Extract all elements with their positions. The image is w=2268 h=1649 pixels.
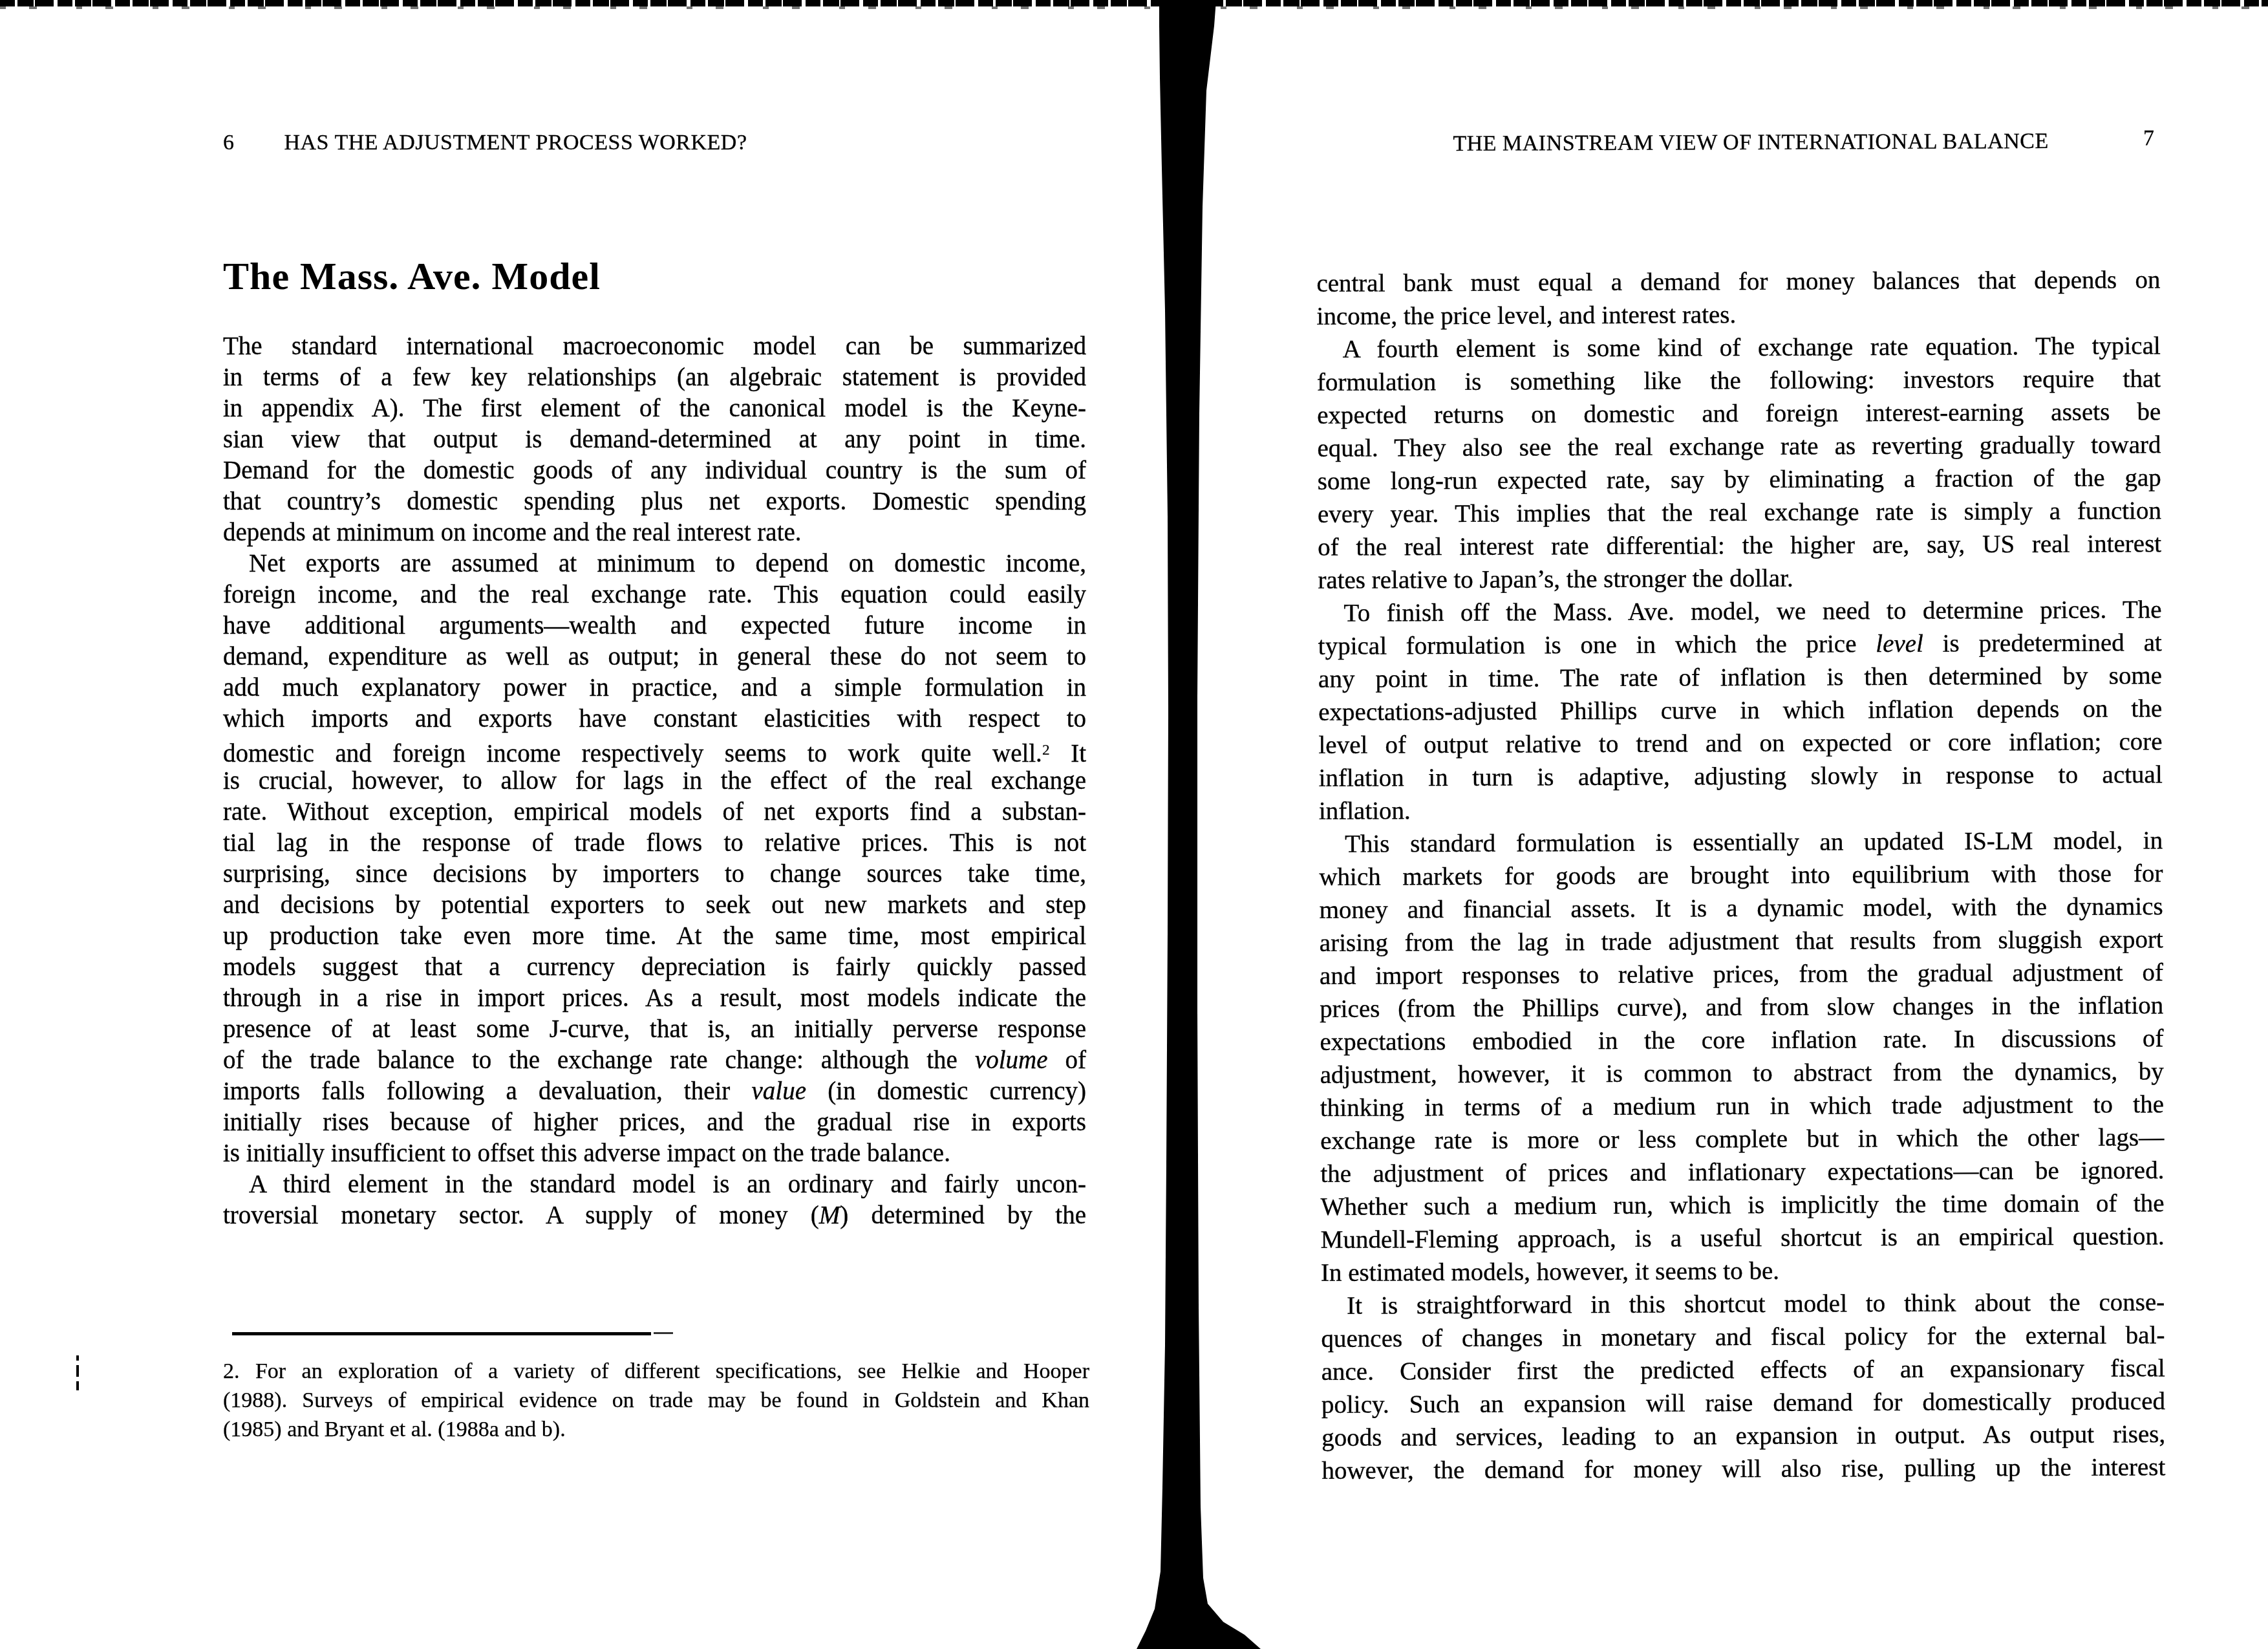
text-line: rates relative to Japan’s, the stronger … [1318, 560, 2161, 597]
text-run: exchange rate is more or less complete b… [1320, 1123, 2164, 1155]
page-number-right: 7 [2143, 126, 2155, 151]
text-run: arising from the lag in trade adjustment… [1320, 925, 2163, 957]
text-run: and decisions by potential exporters to … [223, 891, 1086, 919]
text-line: and import responses to relative prices,… [1320, 956, 2163, 993]
text-run: (in domestic currency) [806, 1077, 1086, 1105]
text-run: ) determined by the [840, 1202, 1086, 1229]
text-run: M [819, 1202, 840, 1229]
text-line: (1988). Surveys of empirical evidence on… [223, 1386, 1089, 1415]
text-line: rate. Without exception, empirical model… [223, 797, 1086, 828]
text-line: add much explanatory power in practice, … [223, 673, 1086, 704]
page-right-body: central bank must equal a demand for mon… [1316, 263, 2165, 1487]
text-run: of the real interest rate differential: … [1318, 530, 2161, 561]
text-line: the adjustment of prices and inflationar… [1320, 1154, 2164, 1191]
text-line: inflation. [1319, 791, 2163, 828]
text-line: adjustment, however, it is common to abs… [1320, 1055, 2164, 1092]
text-run: Mundell-Fleming approach, is a useful sh… [1321, 1222, 2165, 1254]
text-line: initially rises because of higher prices… [223, 1107, 1086, 1138]
text-run: in terms of a few key relationships (an … [223, 363, 1086, 391]
text-run: adjustment, however, it is common to abs… [1320, 1057, 2164, 1089]
text-run: This standard formulation is essentially… [1345, 826, 2163, 858]
text-run: income, the price level, and interest ra… [1316, 301, 1736, 330]
scan-margin-artifact [76, 1355, 79, 1390]
text-run: rate. Without exception, empirical model… [223, 798, 1086, 826]
text-run: through in a rise in import prices. As a… [223, 984, 1086, 1012]
text-run: expectations embodied in the core inflat… [1320, 1024, 2163, 1056]
text-line: troversial monetary sector. A supply of … [223, 1200, 1086, 1231]
text-line: (1985) and Bryant et al. (1988a and b). [223, 1415, 1089, 1444]
text-run: add much explanatory power in practice, … [223, 674, 1086, 702]
text-run: depends at minimum on income and the rea… [223, 519, 802, 546]
text-line: money and financial assets. It is a dyna… [1319, 890, 2163, 927]
text-line: expected returns on domestic and foreign… [1317, 395, 2161, 432]
text-run: The standard international macroeconomic… [223, 332, 1086, 360]
text-line: surprising, since decisions by importers… [223, 859, 1086, 890]
text-line: thinking in terms of a medium run in whi… [1320, 1088, 2164, 1125]
text-line: inflation in turn is adaptive, adjusting… [1319, 758, 2163, 795]
page-left: 6 HAS THE ADJUSTMENT PROCESS WORKED? The… [223, 0, 1086, 1649]
text-line: policy. Such an expansion will raise dem… [1321, 1385, 2165, 1421]
text-line: It is straightforward in this shortcut m… [1321, 1286, 2165, 1322]
text-run: up production take even more time. At th… [223, 922, 1086, 950]
text-run: formulation is something like the follow… [1317, 365, 2161, 396]
text-run: (1988). Surveys of empirical evidence on… [223, 1388, 1089, 1412]
text-line: depends at minimum on income and the rea… [223, 517, 1086, 548]
text-line: level of output relative to trend and on… [1318, 725, 2162, 762]
text-run: surprising, since decisions by importers… [223, 860, 1086, 888]
text-run: in appendix A). The first element of the… [223, 394, 1086, 422]
page-left-body: The standard international macroeconomic… [223, 331, 1086, 1231]
text-line: Demand for the domestic goods of any ind… [223, 455, 1086, 486]
text-line: and decisions by potential exporters to … [223, 890, 1086, 921]
text-run: thinking in terms of a medium run in whi… [1320, 1090, 2164, 1122]
running-head-left-text: HAS THE ADJUSTMENT PROCESS WORKED? [284, 131, 747, 155]
text-line: foreign income, and the real exchange ra… [223, 579, 1086, 610]
text-line: exchange rate is more or less complete b… [1320, 1121, 2164, 1158]
text-line: equal. They also see the real exchange r… [1317, 428, 2161, 465]
text-run: goods and services, leading to an expans… [1321, 1420, 2165, 1452]
text-line: imports falls following a devaluation, t… [223, 1076, 1086, 1107]
text-run: In estimated models, however, it seems t… [1321, 1257, 1779, 1287]
text-run: ance. Consider first the predicted effec… [1321, 1354, 2165, 1386]
text-line: typical formulation is one in which the … [1318, 626, 2162, 663]
text-line: The standard international macroeconomic… [223, 331, 1086, 362]
text-run: typical formulation is one in which the … [1318, 630, 1876, 660]
text-run: have additional arguments—wealth and exp… [223, 612, 1086, 640]
text-run: initially rises because of higher prices… [223, 1108, 1086, 1136]
text-run: presence of at least some J-curve, that … [223, 1015, 1086, 1043]
text-run: To finish off the Mass. Ave. model, we n… [1343, 596, 2161, 627]
text-line: some long-run expected rate, say by elim… [1318, 461, 2161, 498]
text-line: tial lag in the response of trade flows … [223, 828, 1086, 859]
paragraph: A fourth element is some kind of exchang… [1317, 329, 2162, 597]
text-run: central bank must equal a demand for mon… [1316, 266, 2160, 297]
text-line: presence of at least some J-curve, that … [223, 1014, 1086, 1045]
text-run: tial lag in the response of trade flows … [223, 829, 1086, 857]
text-run: expected returns on domestic and foreign… [1317, 398, 2161, 429]
paragraph: This standard formulation is essentially… [1319, 824, 2165, 1289]
text-run: level of output relative to trend and on… [1318, 727, 2162, 759]
book-binding-gutter [1125, 0, 1267, 1649]
text-line: domestic and foreign income respectively… [223, 735, 1086, 766]
text-run: quences of changes in monetary and fisca… [1321, 1321, 2165, 1353]
text-run: expectations-adjusted Phillips curve in … [1318, 695, 2162, 726]
page-number-left: 6 [223, 131, 235, 155]
paragraph: It is straightforward in this shortcut m… [1321, 1286, 2165, 1487]
text-run: the adjustment of prices and inflationar… [1320, 1156, 2164, 1188]
text-run: inflation in turn is adaptive, adjusting… [1319, 760, 2163, 792]
text-run: any point in time. The rate of inflation… [1318, 662, 2162, 693]
paragraph: To finish off the Mass. Ave. model, we n… [1318, 593, 2163, 828]
text-run: troversial monetary sector. A supply of … [223, 1202, 819, 1229]
paragraph: central bank must equal a demand for mon… [1316, 263, 2160, 333]
text-run: that country’s domestic spending plus ne… [223, 488, 1086, 515]
text-run: sian view that output is demand-determin… [223, 426, 1086, 453]
text-run: inflation. [1319, 797, 1411, 825]
text-line: have additional arguments—wealth and exp… [223, 610, 1086, 641]
text-line: that country’s domestic spending plus ne… [223, 486, 1086, 517]
text-run: prices (from the Phillips curve), and fr… [1320, 991, 2163, 1023]
text-run: every year. This implies that the real e… [1318, 497, 2161, 528]
text-line: expectations embodied in the core inflat… [1320, 1022, 2163, 1059]
text-line: A fourth element is some kind of exchang… [1317, 329, 2161, 366]
text-run: domestic and foreign income respectively… [223, 740, 1042, 768]
text-run: Whether such a medium run, which is impl… [1320, 1189, 2164, 1221]
text-run: A third element in the standard model is… [249, 1170, 1086, 1198]
text-run: money and financial assets. It is a dyna… [1319, 892, 2163, 924]
running-head-right: THE MAINSTREAM VIEW OF INTERNATIONAL BAL… [1316, 129, 2159, 133]
text-line: Mundell-Fleming approach, is a useful sh… [1321, 1220, 2165, 1256]
text-run: some long-run expected rate, say by elim… [1318, 464, 2161, 495]
text-line: every year. This implies that the real e… [1318, 494, 2161, 531]
text-run: 2. For an exploration of a variety of di… [223, 1359, 1089, 1383]
text-run: Net exports are assumed at minimum to de… [249, 550, 1086, 577]
footnote: 2. For an exploration of a variety of di… [223, 1357, 1089, 1444]
text-line: in appendix A). The first element of the… [223, 393, 1086, 424]
text-run: is predetermined at [1923, 629, 2162, 658]
text-line: Whether such a medium run, which is impl… [1320, 1187, 2164, 1223]
page-right: THE MAINSTREAM VIEW OF INTERNATIONAL BAL… [1315, 0, 2166, 1649]
text-run: foreign income, and the real exchange ra… [223, 581, 1086, 609]
text-run: of [1048, 1046, 1086, 1074]
text-run: however, the demand for money will also … [1321, 1453, 2165, 1485]
text-run: is initially insufficient to offset this… [223, 1139, 950, 1167]
text-run: is crucial, however, to allow for lags i… [223, 767, 1086, 795]
text-run: A fourth element is some kind of exchang… [1343, 332, 2161, 363]
text-line: any point in time. The rate of inflation… [1318, 659, 2162, 696]
text-line: models suggest that a currency depreciat… [223, 952, 1086, 983]
text-line: central bank must equal a demand for mon… [1316, 263, 2160, 300]
text-run: policy. Such an expansion will raise dem… [1321, 1387, 2165, 1419]
text-line: which imports and exports have constant … [223, 704, 1086, 735]
text-line: goods and services, leading to an expans… [1321, 1417, 2165, 1454]
text-line: which markets for goods are brought into… [1319, 857, 2163, 894]
text-run: which imports and exports have constant … [223, 705, 1086, 733]
text-run: and import responses to relative prices,… [1320, 958, 2163, 990]
book-scan: 6 HAS THE ADJUSTMENT PROCESS WORKED? The… [0, 0, 2268, 1649]
text-run: volume [975, 1046, 1048, 1074]
paragraph: The standard international macroeconomic… [223, 331, 1086, 548]
text-line: is initially insufficient to offset this… [223, 1138, 1086, 1169]
text-run: It is straightforward in this shortcut m… [1347, 1288, 2165, 1320]
text-run: It [1050, 740, 1086, 768]
paragraph: Net exports are assumed at minimum to de… [223, 548, 1086, 1169]
text-run: demand, expenditure as well as output; i… [223, 643, 1086, 671]
text-run: (1985) and Bryant et al. (1988a and b). [223, 1417, 566, 1441]
text-line: prices (from the Phillips curve), and fr… [1320, 989, 2163, 1026]
text-line: of the real interest rate differential: … [1318, 527, 2161, 564]
text-run: of the trade balance to the exchange rat… [223, 1046, 975, 1074]
running-head-left: 6 HAS THE ADJUSTMENT PROCESS WORKED? [223, 131, 1086, 155]
text-line: up production take even more time. At th… [223, 921, 1086, 952]
paragraph: A third element in the standard model is… [223, 1169, 1086, 1231]
running-head-right-text: THE MAINSTREAM VIEW OF INTERNATIONAL BAL… [1453, 129, 2049, 156]
text-line: formulation is something like the follow… [1317, 362, 2161, 399]
text-line: In estimated models, however, it seems t… [1321, 1253, 2165, 1289]
text-run: level [1876, 630, 1923, 658]
text-line: through in a rise in import prices. As a… [223, 983, 1086, 1014]
text-line: of the trade balance to the exchange rat… [223, 1045, 1086, 1076]
text-line: quences of changes in monetary and fisca… [1321, 1319, 2165, 1355]
text-run: value [751, 1077, 806, 1105]
text-line: expectations-adjusted Phillips curve in … [1318, 692, 2162, 729]
text-line: sian view that output is demand-determin… [223, 424, 1086, 455]
text-line: however, the demand for money will also … [1321, 1450, 2165, 1487]
text-line: demand, expenditure as well as output; i… [223, 641, 1086, 673]
text-line: This standard formulation is essentially… [1319, 824, 2163, 861]
text-line: ance. Consider first the predicted effec… [1321, 1352, 2165, 1388]
text-run: imports falls following a devaluation, t… [223, 1077, 751, 1105]
text-run: Demand for the domestic goods of any ind… [223, 457, 1086, 484]
text-line: in terms of a few key relationships (an … [223, 362, 1086, 393]
text-line: 2. For an exploration of a variety of di… [223, 1357, 1089, 1386]
footnote-reference: 2 [1042, 742, 1050, 759]
text-run: which markets for goods are brought into… [1319, 859, 2163, 891]
section-title: The Mass. Ave. Model [223, 254, 601, 299]
text-run: equal. They also see the real exchange r… [1317, 431, 2161, 462]
text-run: models suggest that a currency depreciat… [223, 953, 1086, 981]
text-line: To finish off the Mass. Ave. model, we n… [1318, 593, 2161, 630]
text-line: arising from the lag in trade adjustment… [1320, 923, 2163, 960]
footnote-rule [232, 1332, 651, 1335]
text-line: Net exports are assumed at minimum to de… [223, 548, 1086, 579]
text-run: rates relative to Japan’s, the stronger … [1318, 565, 1793, 594]
text-line: A third element in the standard model is… [223, 1169, 1086, 1200]
text-line: income, the price level, and interest ra… [1316, 296, 2160, 333]
text-line: is crucial, however, to allow for lags i… [223, 766, 1086, 797]
